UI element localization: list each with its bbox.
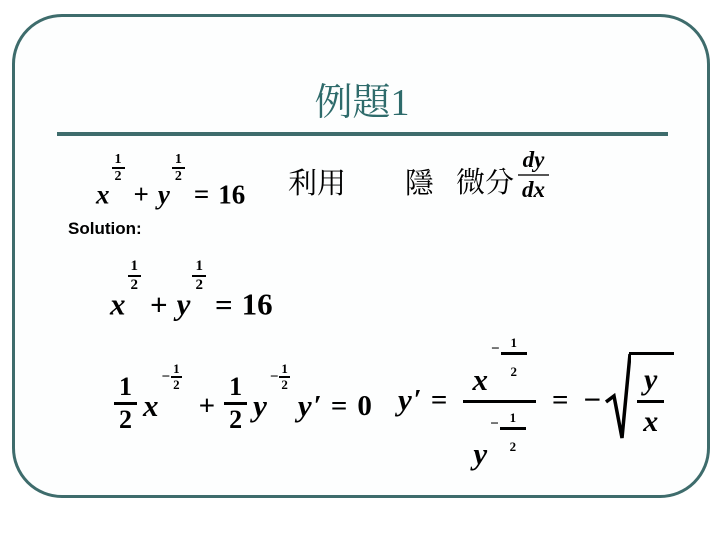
fraction-numerator: 1 [114,372,137,402]
math-equals: = [331,390,348,423]
math-var-y: y [253,388,267,424]
minus-sign: − [270,369,279,386]
math-equals: = [431,384,448,417]
ratio-fraction: x−12y−12 [462,322,537,472]
exponent-numerator: 1 [172,152,185,167]
minus-sign: − [162,369,171,386]
exponent-neg-one-half: −12 [490,395,526,455]
math-var-y: y [473,436,487,472]
exponent-numerator: 1 [171,362,182,376]
fraction-denominator: 2 [224,402,247,435]
math-value-zero: 0 [357,390,372,423]
math-var-x: x [472,362,488,398]
exponent-denominator: 2 [171,376,182,392]
minus-sign: − [490,416,499,433]
math-var-x: x [96,179,110,209]
math-plus: + [199,390,216,423]
exponent-numerator: 1 [112,152,125,167]
exponent-numerator: 1 [501,320,528,352]
fraction-denominator: y−12 [463,400,536,473]
annotation-implicit: 隱 [405,167,434,202]
exponent-one-half: 12 [128,258,142,293]
equation-differentiated: 12x−12+12y−12y′=0 [114,364,372,442]
math-var-y: y [177,287,191,322]
fraction-numerator: y [638,363,663,400]
exponent-numerator: 1 [500,395,527,427]
exponent-fraction: 12 [171,362,182,393]
math-value-16: 16 [242,287,273,322]
math-plus: + [150,287,168,322]
math-var-x: x [143,388,159,424]
square-root: yx [605,352,674,442]
exponent-one-half: 12 [112,152,125,185]
fraction-denominator: 2 [114,402,137,435]
math-var-y-prime: y [398,382,412,418]
math-var-y: y [158,179,170,209]
exponent-denominator: 2 [279,376,290,392]
exponent-denominator: 2 [172,167,185,184]
exponent-one-half: 12 [172,152,185,185]
radicand: yx [629,352,674,441]
math-equals: = [194,179,209,209]
exponent-denominator: 2 [192,275,206,294]
fraction-numerator: 1 [224,372,247,402]
coefficient-one-half: 12 [224,372,247,435]
exponent-neg-one-half: −12 [491,320,527,380]
derivative-denominator: dx [518,174,549,203]
minus-sign: − [584,382,602,418]
derivative-dy-dx: dy dx [518,147,549,204]
radicand-fraction: yx [637,363,664,439]
prime-mark: ′ [314,390,322,423]
exponent-fraction: 12 [279,362,290,393]
exponent-numerator: 1 [128,258,142,275]
exponent-fraction: 12 [500,395,527,455]
equation-solved: y′=x−12y−12=−yx [398,341,674,453]
exponent-numerator: 1 [192,258,206,275]
exponent-denominator: 2 [500,427,527,454]
equation-given: x12+y12=16 [96,175,245,211]
exponent-neg-one-half: −12 [162,362,182,393]
fraction-numerator: x−12 [462,322,537,400]
exponent-one-half: 12 [192,258,206,293]
exponent-denominator: 2 [128,275,142,294]
solution-label: Solution: [68,219,142,239]
radical-icon [605,352,631,442]
math-equals: = [552,384,569,417]
coefficient-one-half: 12 [114,372,137,435]
slide-title: 例題1 [0,82,720,126]
annotation-use: 利用 [288,167,346,202]
exponent-fraction: 12 [501,320,528,380]
derivative-numerator: dy [519,147,549,174]
exponent-denominator: 2 [112,167,125,184]
math-plus: + [134,179,149,209]
exponent-neg-one-half: −12 [270,362,290,393]
math-value-16: 16 [218,179,245,209]
math-var-x: x [110,287,126,322]
fraction-denominator: x [637,400,664,440]
math-equals: = [215,287,233,322]
title-divider [57,132,668,136]
slide-canvas: 例題1 x12+y12=16 利用 隱 微分 dy dx Solution: x… [0,0,720,540]
equation-restated: x12+y12=16 [110,284,273,323]
annotation-differentiate: 微分 [456,166,514,201]
minus-sign: − [491,341,500,358]
exponent-denominator: 2 [501,352,528,379]
math-var-y-prime: y [298,388,312,424]
prime-mark: ′ [414,384,422,417]
exponent-numerator: 1 [279,362,290,376]
